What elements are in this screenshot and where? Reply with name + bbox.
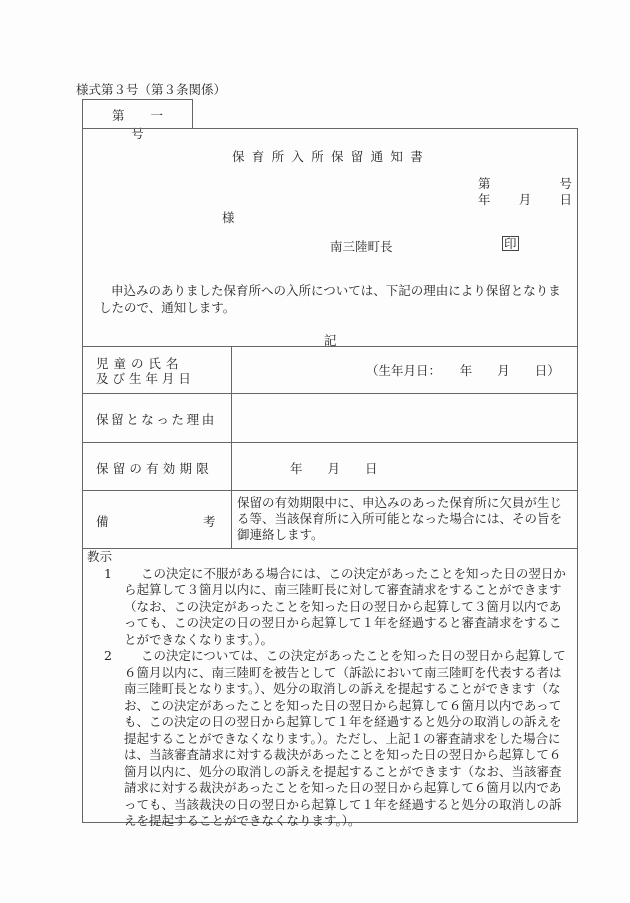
seal-icon: 印: [502, 236, 519, 251]
row-label-remarks-left: 備: [96, 512, 109, 530]
table-top-line: [82, 346, 578, 347]
number-tab: 第 一 号: [82, 99, 193, 128]
date-year: 年: [478, 190, 491, 208]
row-divider: [82, 490, 578, 491]
row-label-reason: 保留となった理由: [96, 410, 217, 428]
seal-mark: 印: [502, 236, 519, 251]
notice-item-2: 2 この決定については、この決定があったことを知った日の翌日から起算して６箇月以…: [87, 648, 572, 830]
notice-section: 教示 1 この決定に不服がある場合には、この決定があったことを知った日の翌日から…: [87, 549, 572, 830]
date-line: 年 月 日: [478, 190, 572, 208]
notice-item-number: 1: [104, 566, 112, 583]
column-divider: [231, 346, 232, 548]
date-month: 月: [519, 190, 532, 208]
row-label-child-name-line2: 及 び 生 年 月 日: [96, 369, 191, 387]
row-label-remarks-right: 考: [203, 512, 216, 530]
body-text-content: 申込みのありました保育所への入所については、下記の理由により保留となりましたので…: [99, 283, 561, 315]
date-day: 日: [559, 190, 572, 208]
document-title: 保育所入所保留通知書: [232, 147, 430, 165]
addressee-suffix: 様: [222, 208, 235, 226]
form-label: 様式第３号（第３条関係）: [76, 80, 226, 98]
body-text: 申込みのありました保育所への入所については、下記の理由により保留となりましたので…: [99, 283, 569, 316]
row-divider: [82, 393, 578, 394]
issuer: 南三陸町長: [330, 237, 393, 255]
row-label-validity: 保留の有効期限: [96, 459, 213, 477]
row-divider: [82, 442, 578, 443]
birthdate-field: （生年月日： 年 月 日）: [366, 361, 560, 379]
notice-item-text: この決定に不服がある場合には、この決定があったことを知った日の翌日から起算して３…: [124, 566, 569, 649]
remarks-text: 保留の有効期限中に、申込みのあった保育所に欠員が生じる等、当該保育所に入所可能と…: [237, 495, 573, 543]
notice-heading: 教示: [87, 549, 572, 566]
notice-item-1: 1 この決定に不服がある場合には、この決定があったことを知った日の翌日から起算し…: [87, 566, 572, 649]
notice-item-number: 2: [104, 648, 112, 665]
notice-item-text: この決定については、この決定があったことを知った日の翌日から起算して６箇月以内に…: [124, 648, 569, 830]
validity-date-field: 年 月 日: [290, 459, 378, 477]
